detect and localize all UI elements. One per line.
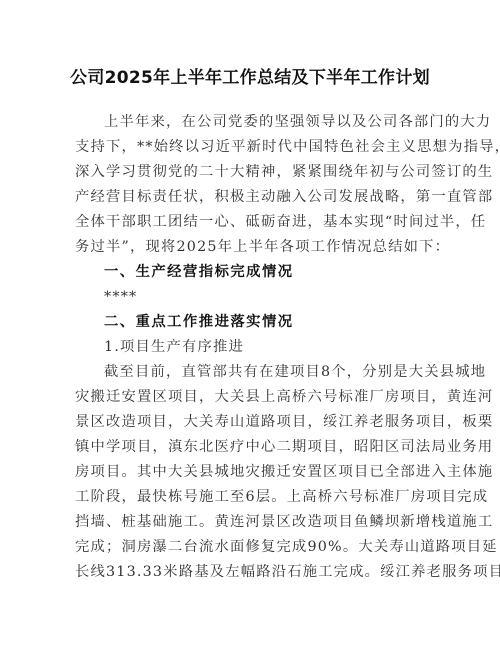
- document-title: 公司2025年上半年工作总结及下半年工作计划: [0, 63, 500, 88]
- paragraph-line: 镇中学项目，滇东北医疗中心二期项目，昭阳区司法局业务用: [75, 435, 435, 460]
- paragraph-line: 支持下，**始终以习近平新时代中国特色社会主义思想为指导，: [75, 135, 435, 160]
- section-heading-2: 二、重点工作推进落实情况: [104, 310, 435, 335]
- paragraph-line: 务过半”，现将2025年上半年各项工作情况总结如下：: [75, 235, 435, 260]
- paragraph-line: 挡墙、桩基础施工。黄连河景区改造项目鱼鳞坝新增栈道施工: [75, 510, 435, 535]
- paragraph-line: 截至目前，直管部共有在建项目8个，分别是大关县城地: [104, 360, 435, 385]
- paragraph-line: 房项目。其中大关县城地灾搬迁安置区项目已全部进入主体施: [75, 460, 435, 485]
- section-heading-1: 一、生产经营指标完成情况: [104, 260, 435, 285]
- paragraph-line: 景区改造项目，大关寿山道路项目，绥江养老服务项目，板栗: [75, 410, 435, 435]
- subsection-heading: 1.项目生产有序推进: [104, 335, 435, 360]
- paragraph-line: 上半年来，在公司党委的坚强领导以及公司各部门的大力: [104, 110, 435, 135]
- paragraph-line: 工阶段，最快栋号施工至6层。上高桥六号标准厂房项目完成: [75, 485, 435, 510]
- paragraph-line: 深入学习贯彻党的二十大精神，紧紧围绕年初与公司签订的生: [75, 160, 435, 185]
- paragraph-line: 全体干部职工团结一心、砥砺奋进，基本实现“时间过半，任: [75, 210, 435, 235]
- paragraph-line: 完成；洞房瀑二台流水面修复完成90%。大关寿山道路项目延: [75, 535, 435, 560]
- paragraph-line: 灾搬迁安置区项目，大关县上高桥六号标准厂房项目，黄连河: [75, 385, 435, 410]
- placeholder-text: ****: [104, 285, 435, 310]
- paragraph-line: 长线313.33米路基及左幅路沿石施工完成。绥江养老服务项目: [75, 560, 435, 585]
- paragraph-line: 产经营目标责任状，积极主动融入公司发展战略，第一直管部: [75, 185, 435, 210]
